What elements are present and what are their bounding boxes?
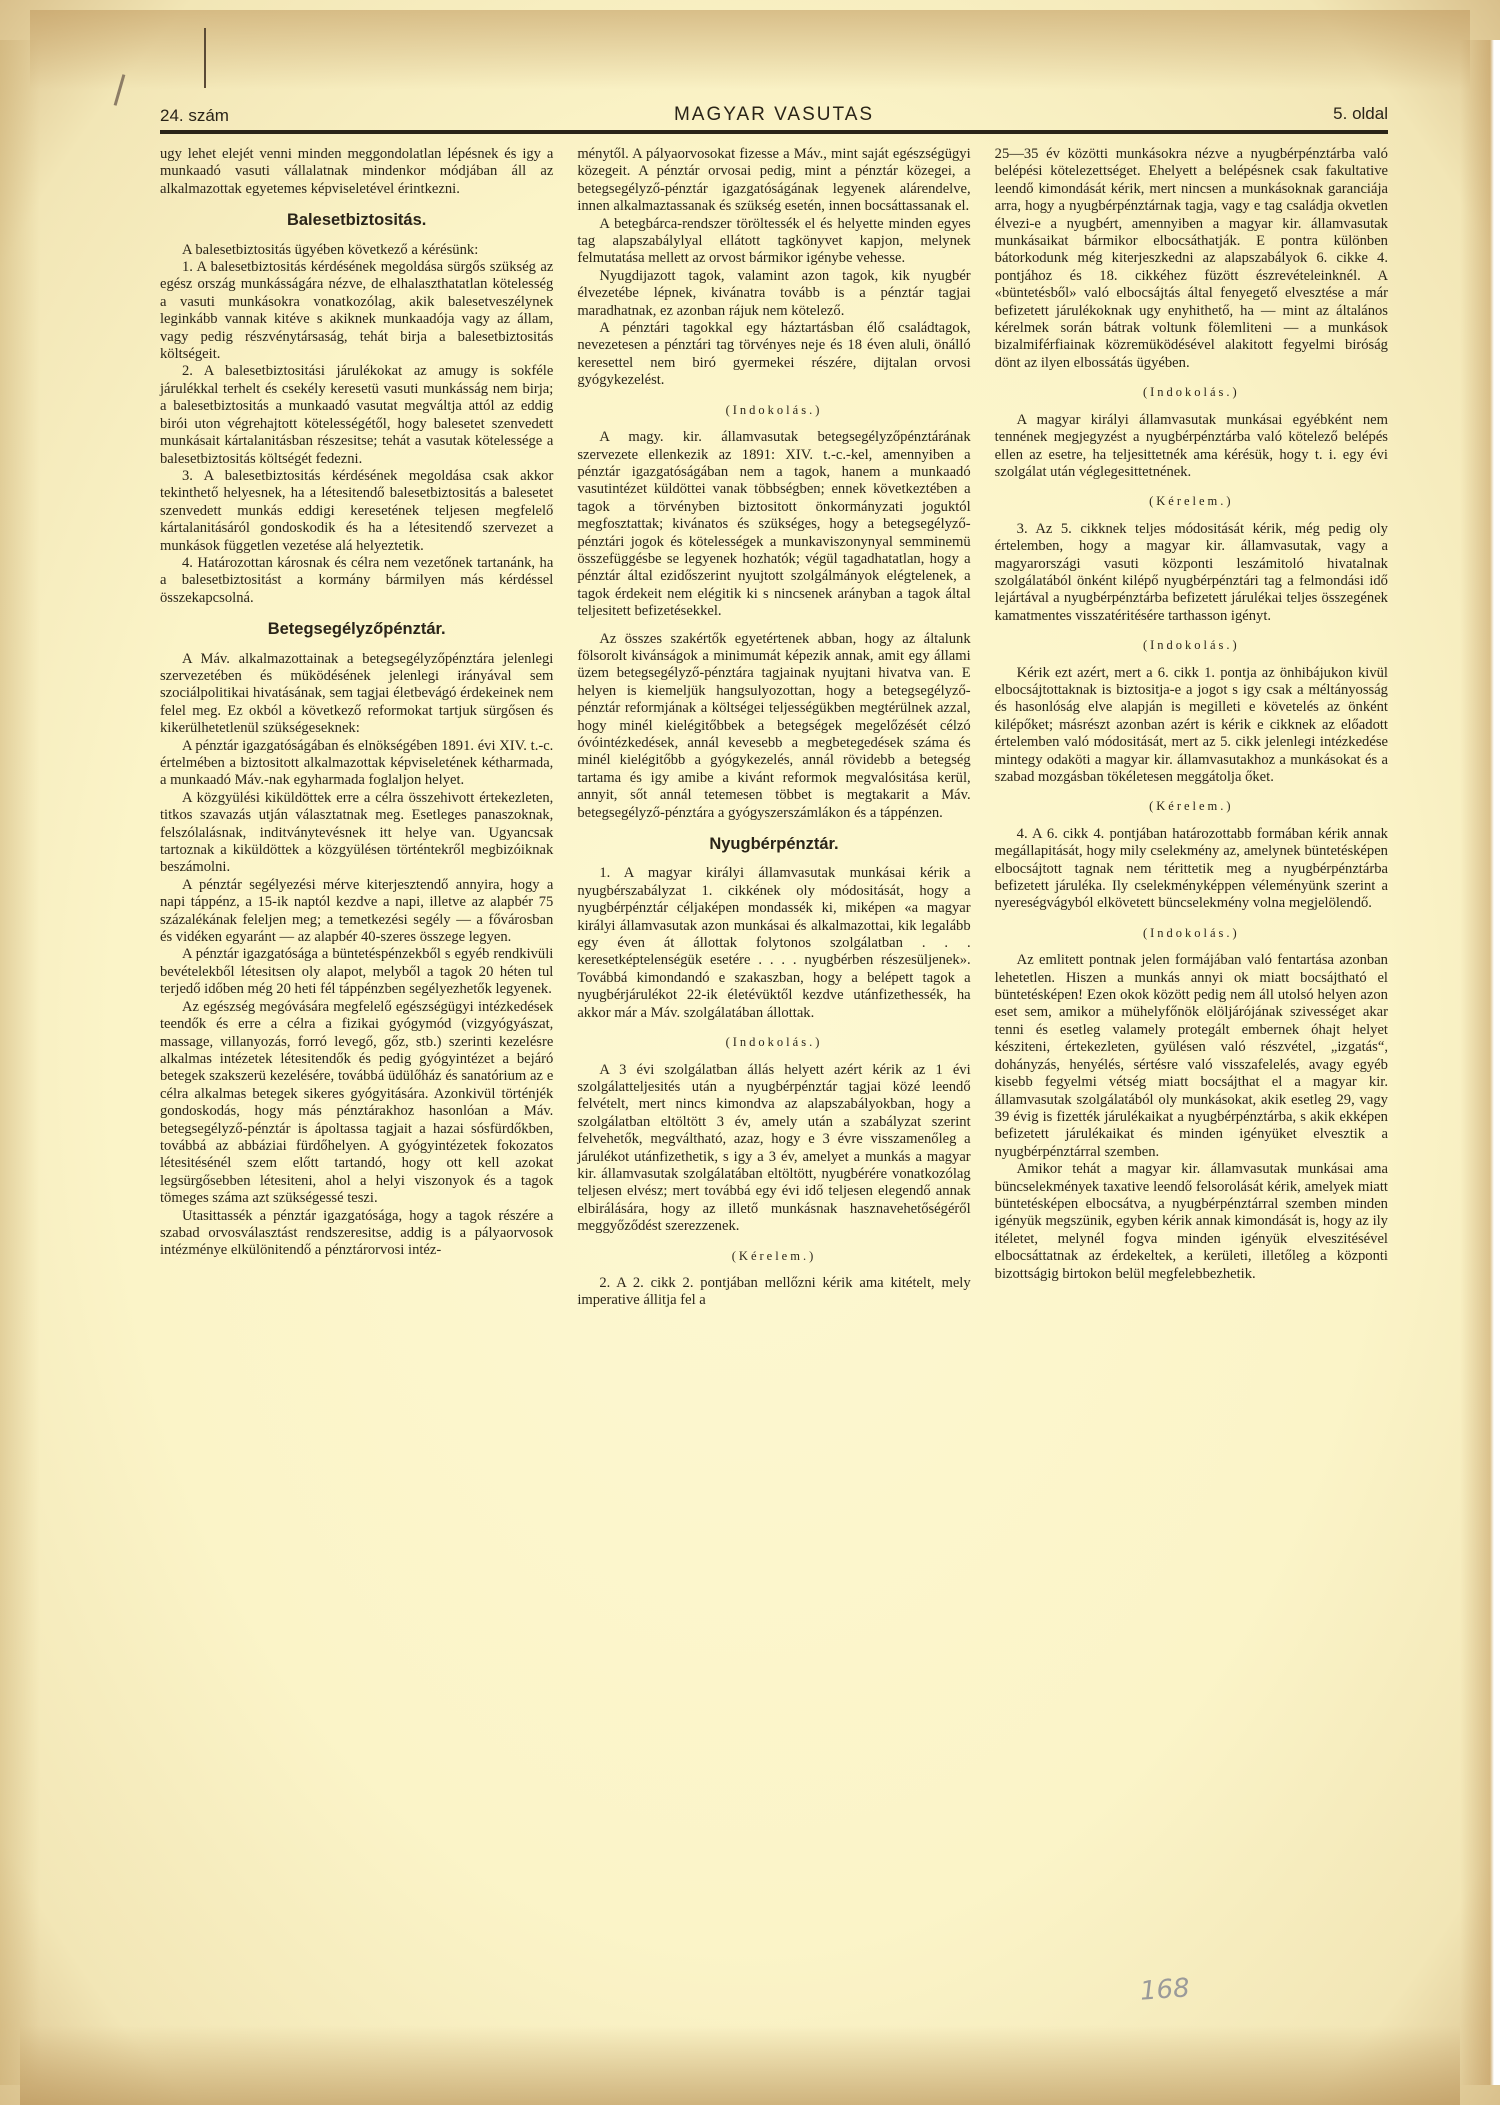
paragraph: 2. A 2. cikk 2. pontjában mellőzni kérik… [577, 1275, 970, 1310]
column-3: 25—35 év közötti munkásokra nézve a nyug… [995, 146, 1388, 1310]
paragraph: A pénztár segélyezési mérve kiterjeszten… [160, 877, 553, 947]
paper-stain-bottom [20, 2025, 1460, 2105]
paper-stain-left [0, 40, 40, 2085]
section-heading: Nyugbérpénztár. [577, 836, 970, 853]
section-label: (Kérelem.) [577, 1248, 970, 1265]
paragraph: 4. A 6. cikk 4. pontjában határozottabb … [995, 826, 1388, 913]
section-heading: Balesetbiztositás. [160, 212, 553, 229]
paragraph: A betegbárca-rendszer töröltessék el és … [577, 216, 970, 268]
paragraph: Az egészség megóvására megfelelő egészsé… [160, 999, 553, 1208]
section-label: (Indokolás.) [995, 637, 1388, 654]
binding-mark [204, 28, 206, 88]
paragraph: A 3 évi szolgálatban állás helyett azért… [577, 1062, 970, 1236]
paragraph: A közgyülési kiküldöttek erre a célra ös… [160, 790, 553, 877]
archive-number: 168 [1139, 1973, 1191, 2006]
paragraph: A magy. kir. államvasutak betegsegélyzőp… [577, 429, 970, 620]
paragraph: 1. A balesetbiztositás kérdésének megold… [160, 259, 553, 363]
masthead: MAGYAR VASUTAS [160, 104, 1388, 126]
paragraph: Nyugdijazott tagok, valamint azon tagok,… [577, 268, 970, 320]
paper-stain-right [1460, 40, 1500, 2085]
paragraph: 4. Határozottan károsnak és célra nem ve… [160, 555, 553, 607]
paragraph: Kérik ezt azért, mert a 6. cikk 1. pontj… [995, 665, 1388, 787]
header-rule [160, 130, 1388, 134]
paragraph: A magyar királyi államvasutak munkásai e… [995, 412, 1388, 482]
paragraph: Utasittassék a pénztár igazgatósága, hog… [160, 1208, 553, 1260]
paragraph: Az emlitett pontnak jelen formájában val… [995, 952, 1388, 1161]
paragraph: A pénztári tagokkal egy háztartásban élő… [577, 320, 970, 390]
page-number: 5. oldal [1333, 104, 1388, 124]
column-1: ugy lehet elejét venni minden meggondola… [160, 146, 553, 1310]
section-label: (Indokolás.) [995, 384, 1388, 401]
paragraph: A pénztár igazgatóságában és elnökségébe… [160, 738, 553, 790]
paragraph: A balesetbiztositás ügyében következő a … [160, 242, 553, 259]
paragraph: A Máv. alkalmazottainak a betegsegélyzőp… [160, 651, 553, 738]
paragraph: A pénztár igazgatósága a büntetéspénzekb… [160, 946, 553, 998]
paragraph: 1. A magyar királyi államvasutak munkása… [577, 865, 970, 1022]
article-columns: ugy lehet elejét venni minden meggondola… [160, 146, 1388, 1310]
newspaper-page: 24. szám MAGYAR VASUTAS 5. oldal ugy leh… [0, 0, 1500, 2105]
paragraph: Amikor tehát a magyar kir. államvasutak … [995, 1161, 1388, 1283]
section-label: (Kérelem.) [995, 798, 1388, 815]
paragraph: 25—35 év közötti munkásokra nézve a nyug… [995, 146, 1388, 372]
section-heading: Betegsegélyzőpénztár. [160, 621, 553, 638]
section-label: (Indokolás.) [577, 1034, 970, 1051]
section-label: (Indokolás.) [995, 925, 1388, 942]
page-header: 24. szám MAGYAR VASUTAS 5. oldal [160, 92, 1388, 134]
section-label: (Indokolás.) [577, 402, 970, 419]
paragraph: Az összes szakértők egyetértenek abban, … [577, 631, 970, 822]
paragraph: 3. A balesetbiztositás kérdésének megold… [160, 468, 553, 555]
paragraph: 3. Az 5. cikknek teljes módositását kéri… [995, 521, 1388, 625]
column-2: ménytől. A pályaorvosokat fizesse a Máv.… [577, 146, 970, 1310]
paper-stain-top [30, 10, 1470, 90]
paragraph: 2. A balesetbiztositási járulékokat az a… [160, 363, 553, 467]
paragraph: ugy lehet elejét venni minden meggondola… [160, 146, 553, 198]
section-label: (Kérelem.) [995, 493, 1388, 510]
paragraph: ménytől. A pályaorvosokat fizesse a Máv.… [577, 146, 970, 216]
spacer [577, 621, 970, 631]
